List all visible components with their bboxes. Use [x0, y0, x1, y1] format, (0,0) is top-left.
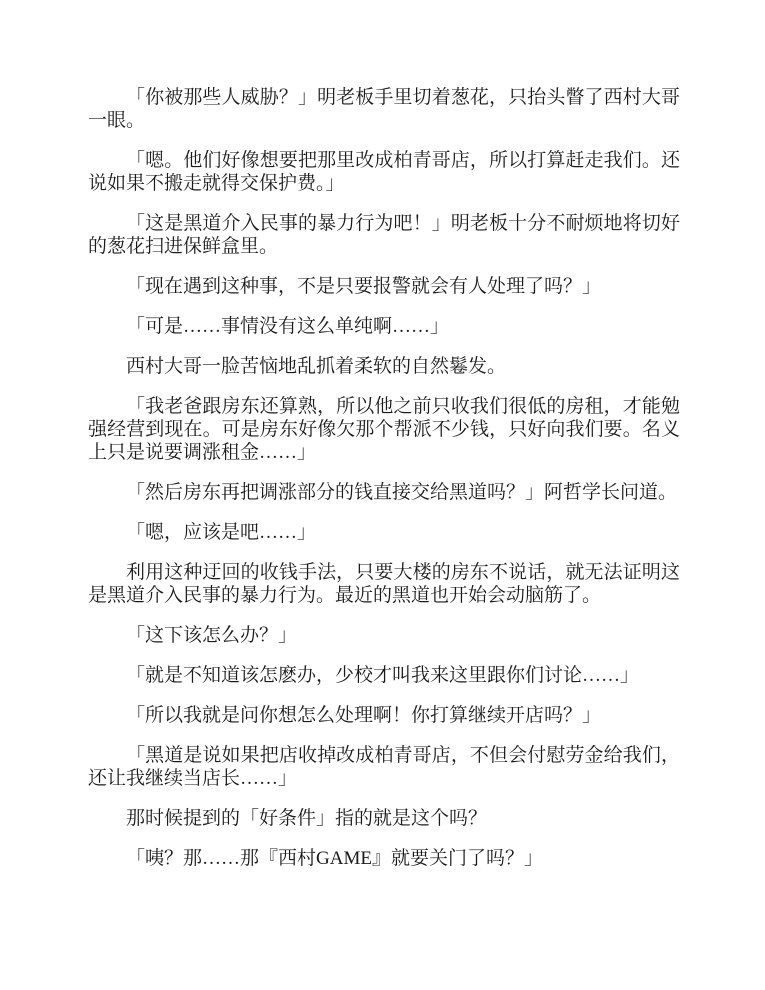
- paragraph-dialogue-9: 「这下该怎么办？」: [88, 624, 680, 647]
- paragraph-dialogue-7: 「然后房东再把调涨部分的钱直接交给黑道吗？」阿哲学长问道。: [88, 481, 680, 504]
- paragraph-dialogue-11: 「所以我就是问你想怎么处理啊！你打算继续开店吗？」: [88, 704, 680, 727]
- paragraph-dialogue-3: 「这是黑道介入民事的暴力行为吧！」明老板十分不耐烦地将切好的葱花扫进保鲜盒里。: [88, 212, 680, 258]
- paragraph-dialogue-12: 「黑道是说如果把店收掉改成柏青哥店，不但会付慰劳金给我们，还让我继续当店长……」: [88, 744, 680, 790]
- paragraph-dialogue-4: 「现在遇到这种事，不是只要报警就会有人处理了吗？」: [88, 275, 680, 298]
- paragraph-dialogue-2: 「嗯。他们好像想要把那里改成柏青哥店，所以打算赶走我们。还说如果不搬走就得交保护…: [88, 149, 680, 195]
- paragraph-dialogue-13: 「咦？那……那『西村GAME』就要关门了吗？」: [88, 847, 680, 870]
- paragraph-dialogue-6: 「我老爸跟房东还算熟，所以他之前只收我们很低的房租，才能勉强经营到现在。可是房东…: [88, 395, 680, 464]
- paragraph-narration-3: 那时候提到的「好条件」指的就是这个吗？: [88, 807, 680, 830]
- page-text-block: 「你被那些人威胁？」明老板手里切着葱花，只抬头瞥了西村大哥一眼。 「嗯。他们好像…: [88, 86, 680, 870]
- paragraph-narration-1: 西村大哥一脸苦恼地乱抓着柔软的自然鬈发。: [88, 355, 680, 378]
- paragraph-dialogue-8: 「嗯，应该是吧……」: [88, 521, 680, 544]
- paragraph-dialogue-5: 「可是……事情没有这么单纯啊……」: [88, 315, 680, 338]
- novel-page: 「你被那些人威胁？」明老板手里切着葱花，只抬头瞥了西村大哥一眼。 「嗯。他们好像…: [0, 0, 765, 990]
- paragraph-dialogue-1: 「你被那些人威胁？」明老板手里切着葱花，只抬头瞥了西村大哥一眼。: [88, 86, 680, 132]
- paragraph-narration-2: 利用这种迂回的收钱手法，只要大楼的房东不说话，就无法证明这是黑道介入民事的暴力行…: [88, 561, 680, 607]
- paragraph-dialogue-10: 「就是不知道该怎麽办，少校才叫我来这里跟你们讨论……」: [88, 664, 680, 687]
